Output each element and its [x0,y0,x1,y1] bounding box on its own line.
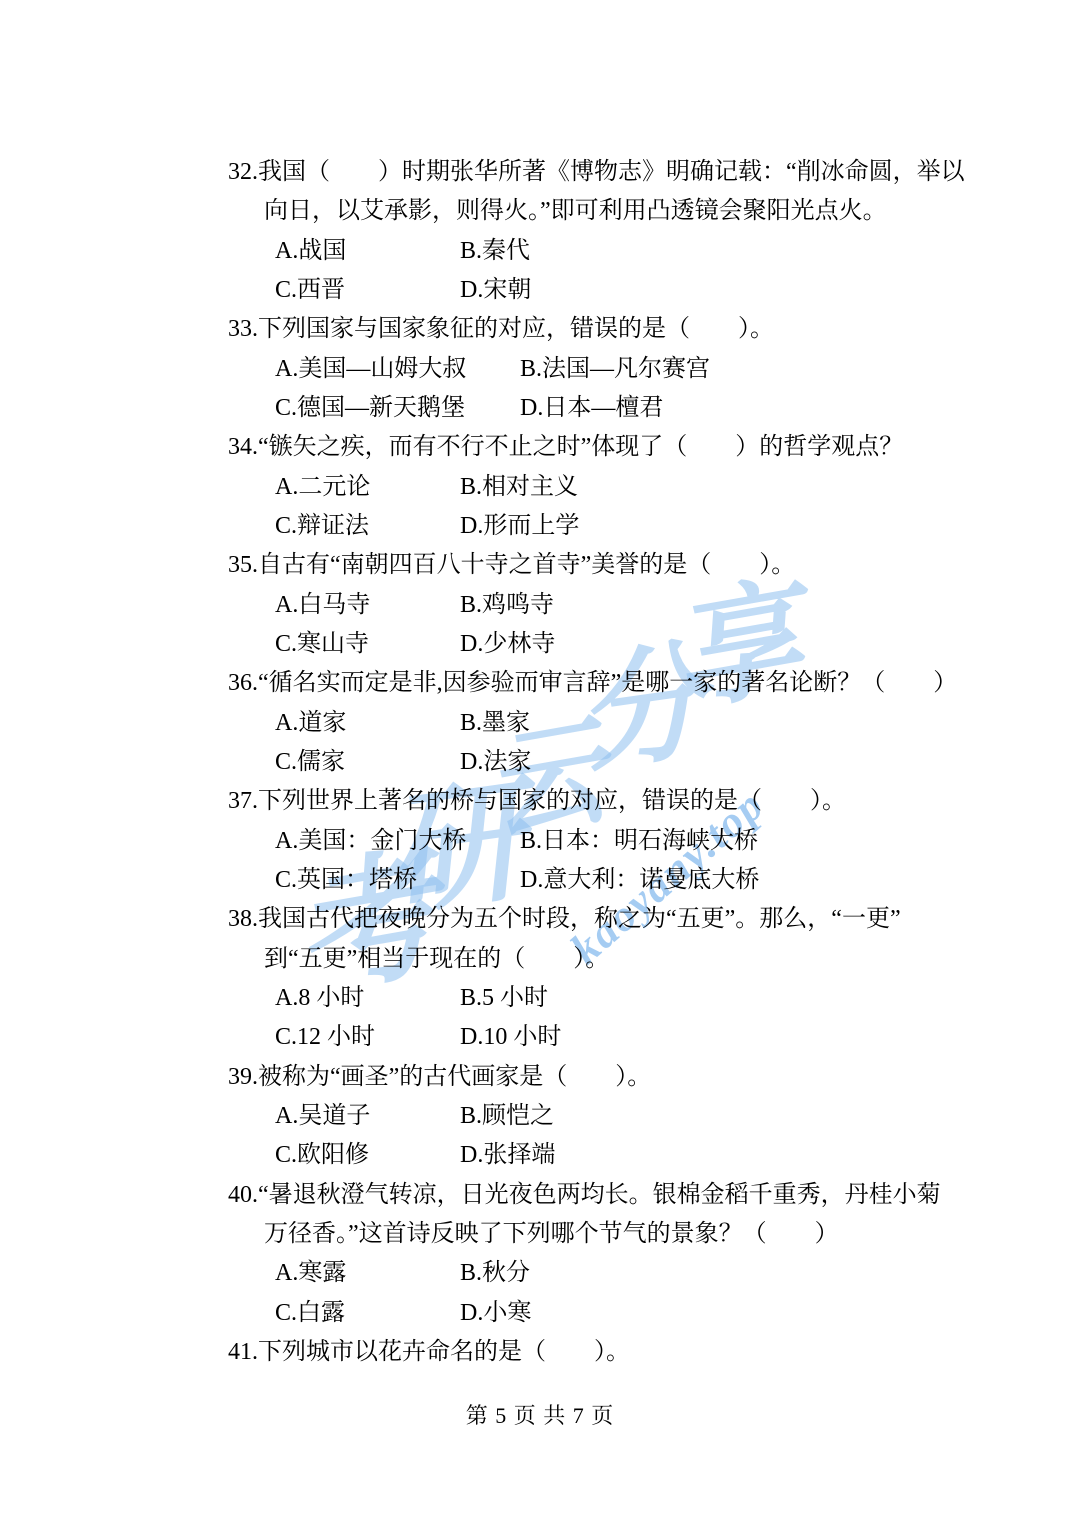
option-row: A.寒露B.秋分 [228,1254,948,1293]
option-cell: C.欧阳修 [275,1136,460,1175]
option-cell: B.相对主义 [460,468,578,507]
question-stem-line: “镞矢之疾，而有不行不止之时”体现了（ ）的哲学观点？ [258,428,903,467]
option-row: A.美国—山姆大叔B.法国—凡尔赛宫 [228,350,948,389]
question-number: 39. [228,1058,258,1097]
option-row: C.德国—新天鹅堡D.日本—檀君 [228,389,948,428]
question-stem-row: 35.自古有“南朝四百八十寺之首寺”美誉的是（ ）。 [228,546,948,585]
option-row: A.战国B.秦代 [228,232,948,271]
question-stem-line: 我国古代把夜晚分为五个时段，称之为“五更”。那么，“一更” [258,900,901,939]
option-cell: B.墨家 [460,704,530,743]
option-row: C.辩证法D.形而上学 [228,507,948,546]
question-number: 37. [228,782,258,821]
option-row: A.8 小时B.5 小时 [228,979,948,1018]
question-stem-line: 万径香。”这首诗反映了下列哪个节气的景象？（ ） [228,1215,948,1254]
option-cell: D.小寒 [460,1294,531,1333]
question-stem-line: 下列城市以花卉命名的是（ ）。 [258,1333,630,1372]
option-cell: C.德国—新天鹅堡 [275,389,520,428]
option-row: C.英国：塔桥D.意大利：诺曼底大桥 [228,861,948,900]
question-number: 40. [228,1176,258,1215]
question-stem-line: 自古有“南朝四百八十寺之首寺”美誉的是（ ）。 [258,546,795,585]
option-cell: A.道家 [275,704,460,743]
option-row: A.白马寺B.鸡鸣寺 [228,586,948,625]
option-row: A.二元论B.相对主义 [228,468,948,507]
question-block: 41.下列城市以花卉命名的是（ ）。 [228,1333,948,1372]
question-stem-line: 我国（ ）时期张华所著《博物志》明确记载：“削冰命圆，举以 [258,153,965,192]
page-footer: 第 5 页 共 7 页 [0,1399,1080,1430]
option-cell: A.美国—山姆大叔 [275,350,520,389]
option-cell: A.寒露 [275,1254,460,1293]
question-number: 38. [228,900,258,939]
option-row: C.西晋D.宋朝 [228,271,948,310]
question-number: 32. [228,153,258,192]
option-cell: B.顾恺之 [460,1097,554,1136]
question-stem-row: 37.下列世界上著名的桥与国家的对应，错误的是（ ）。 [228,782,948,821]
question-block: 36.“循名实而定是非,因参验而审言辞”是哪一家的著名论断？（ ）A.道家B.墨… [228,664,948,782]
option-row: C.欧阳修D.张择端 [228,1136,948,1175]
option-row: A.吴道子B.顾恺之 [228,1097,948,1136]
option-cell: A.二元论 [275,468,460,507]
question-stem-line: 向日，以艾承影，则得火。”即可利用凸透镜会聚阳光点火。 [228,192,948,231]
option-row: C.白露D.小寒 [228,1294,948,1333]
question-stem-line: 下列世界上著名的桥与国家的对应，错误的是（ ）。 [258,782,846,821]
option-cell: B.法国—凡尔赛宫 [520,350,710,389]
question-block: 34.“镞矢之疾，而有不行不止之时”体现了（ ）的哲学观点？A.二元论B.相对主… [228,428,948,546]
option-cell: C.西晋 [275,271,460,310]
option-cell: D.张择端 [460,1136,555,1175]
option-cell: C.英国：塔桥 [275,861,520,900]
question-stem-line: 被称为“画圣”的古代画家是（ ）。 [258,1058,651,1097]
question-block: 37.下列世界上著名的桥与国家的对应，错误的是（ ）。A.美国：金门大桥B.日本… [228,782,948,900]
question-number: 34. [228,428,258,467]
option-cell: C.12 小时 [275,1018,460,1057]
option-cell: D.日本—檀君 [520,389,663,428]
question-stem-row: 34.“镞矢之疾，而有不行不止之时”体现了（ ）的哲学观点？ [228,428,948,467]
option-row: A.美国：金门大桥B.日本：明石海峡大桥 [228,822,948,861]
option-cell: A.8 小时 [275,979,460,1018]
question-number: 36. [228,664,258,703]
question-number: 41. [228,1333,258,1372]
option-row: A.道家B.墨家 [228,704,948,743]
option-cell: C.辩证法 [275,507,460,546]
option-cell: B.秋分 [460,1254,530,1293]
question-stem-line: 下列国家与国家象征的对应，错误的是（ ）。 [258,310,774,349]
option-cell: D.法家 [460,743,531,782]
question-stem-line: “暑退秋澄气转凉，日光夜色两均长。银棉金稻千重秀，丹桂小菊 [258,1176,941,1215]
option-cell: B.鸡鸣寺 [460,586,554,625]
question-number: 33. [228,310,258,349]
option-cell: C.儒家 [275,743,460,782]
question-list: 32.我国（ ）时期张华所著《博物志》明确记载：“削冰命圆，举以向日，以艾承影，… [228,153,948,1372]
question-stem-row: 36.“循名实而定是非,因参验而审言辞”是哪一家的著名论断？（ ） [228,664,948,703]
question-stem-line: “循名实而定是非,因参验而审言辞”是哪一家的著名论断？（ ） [258,664,957,703]
question-stem-row: 32.我国（ ）时期张华所著《博物志》明确记载：“削冰命圆，举以 [228,153,948,192]
option-cell: A.美国：金门大桥 [275,822,520,861]
option-row: C.12 小时D.10 小时 [228,1018,948,1057]
question-block: 38.我国古代把夜晚分为五个时段，称之为“五更”。那么，“一更”到“五更”相当于… [228,900,948,1057]
option-cell: C.寒山寺 [275,625,460,664]
question-block: 32.我国（ ）时期张华所著《博物志》明确记载：“削冰命圆，举以向日，以艾承影，… [228,153,948,310]
option-cell: A.吴道子 [275,1097,460,1136]
option-row: C.儒家D.法家 [228,743,948,782]
question-block: 39.被称为“画圣”的古代画家是（ ）。A.吴道子B.顾恺之C.欧阳修D.张择端 [228,1058,948,1176]
question-stem-row: 33.下列国家与国家象征的对应，错误的是（ ）。 [228,310,948,349]
option-cell: B.日本：明石海峡大桥 [520,822,758,861]
question-block: 40.“暑退秋澄气转凉，日光夜色两均长。银棉金稻千重秀，丹桂小菊万径香。”这首诗… [228,1176,948,1333]
option-cell: D.意大利：诺曼底大桥 [520,861,759,900]
option-cell: A.白马寺 [275,586,460,625]
question-number: 35. [228,546,258,585]
option-cell: D.宋朝 [460,271,531,310]
question-block: 33.下列国家与国家象征的对应，错误的是（ ）。A.美国—山姆大叔B.法国—凡尔… [228,310,948,428]
question-stem-row: 41.下列城市以花卉命名的是（ ）。 [228,1333,948,1372]
option-cell: D.形而上学 [460,507,579,546]
option-cell: D.10 小时 [460,1018,561,1057]
option-cell: D.少林寺 [460,625,555,664]
option-cell: B.5 小时 [460,979,548,1018]
option-cell: B.秦代 [460,232,530,271]
question-stem-line: 到“五更”相当于现在的（ ）。 [228,940,948,979]
question-stem-row: 40.“暑退秋澄气转凉，日光夜色两均长。银棉金稻千重秀，丹桂小菊 [228,1176,948,1215]
option-cell: C.白露 [275,1294,460,1333]
option-cell: A.战国 [275,232,460,271]
question-block: 35.自古有“南朝四百八十寺之首寺”美誉的是（ ）。A.白马寺B.鸡鸣寺C.寒山… [228,546,948,664]
option-row: C.寒山寺D.少林寺 [228,625,948,664]
question-stem-row: 39.被称为“画圣”的古代画家是（ ）。 [228,1058,948,1097]
question-stem-row: 38.我国古代把夜晚分为五个时段，称之为“五更”。那么，“一更” [228,900,948,939]
